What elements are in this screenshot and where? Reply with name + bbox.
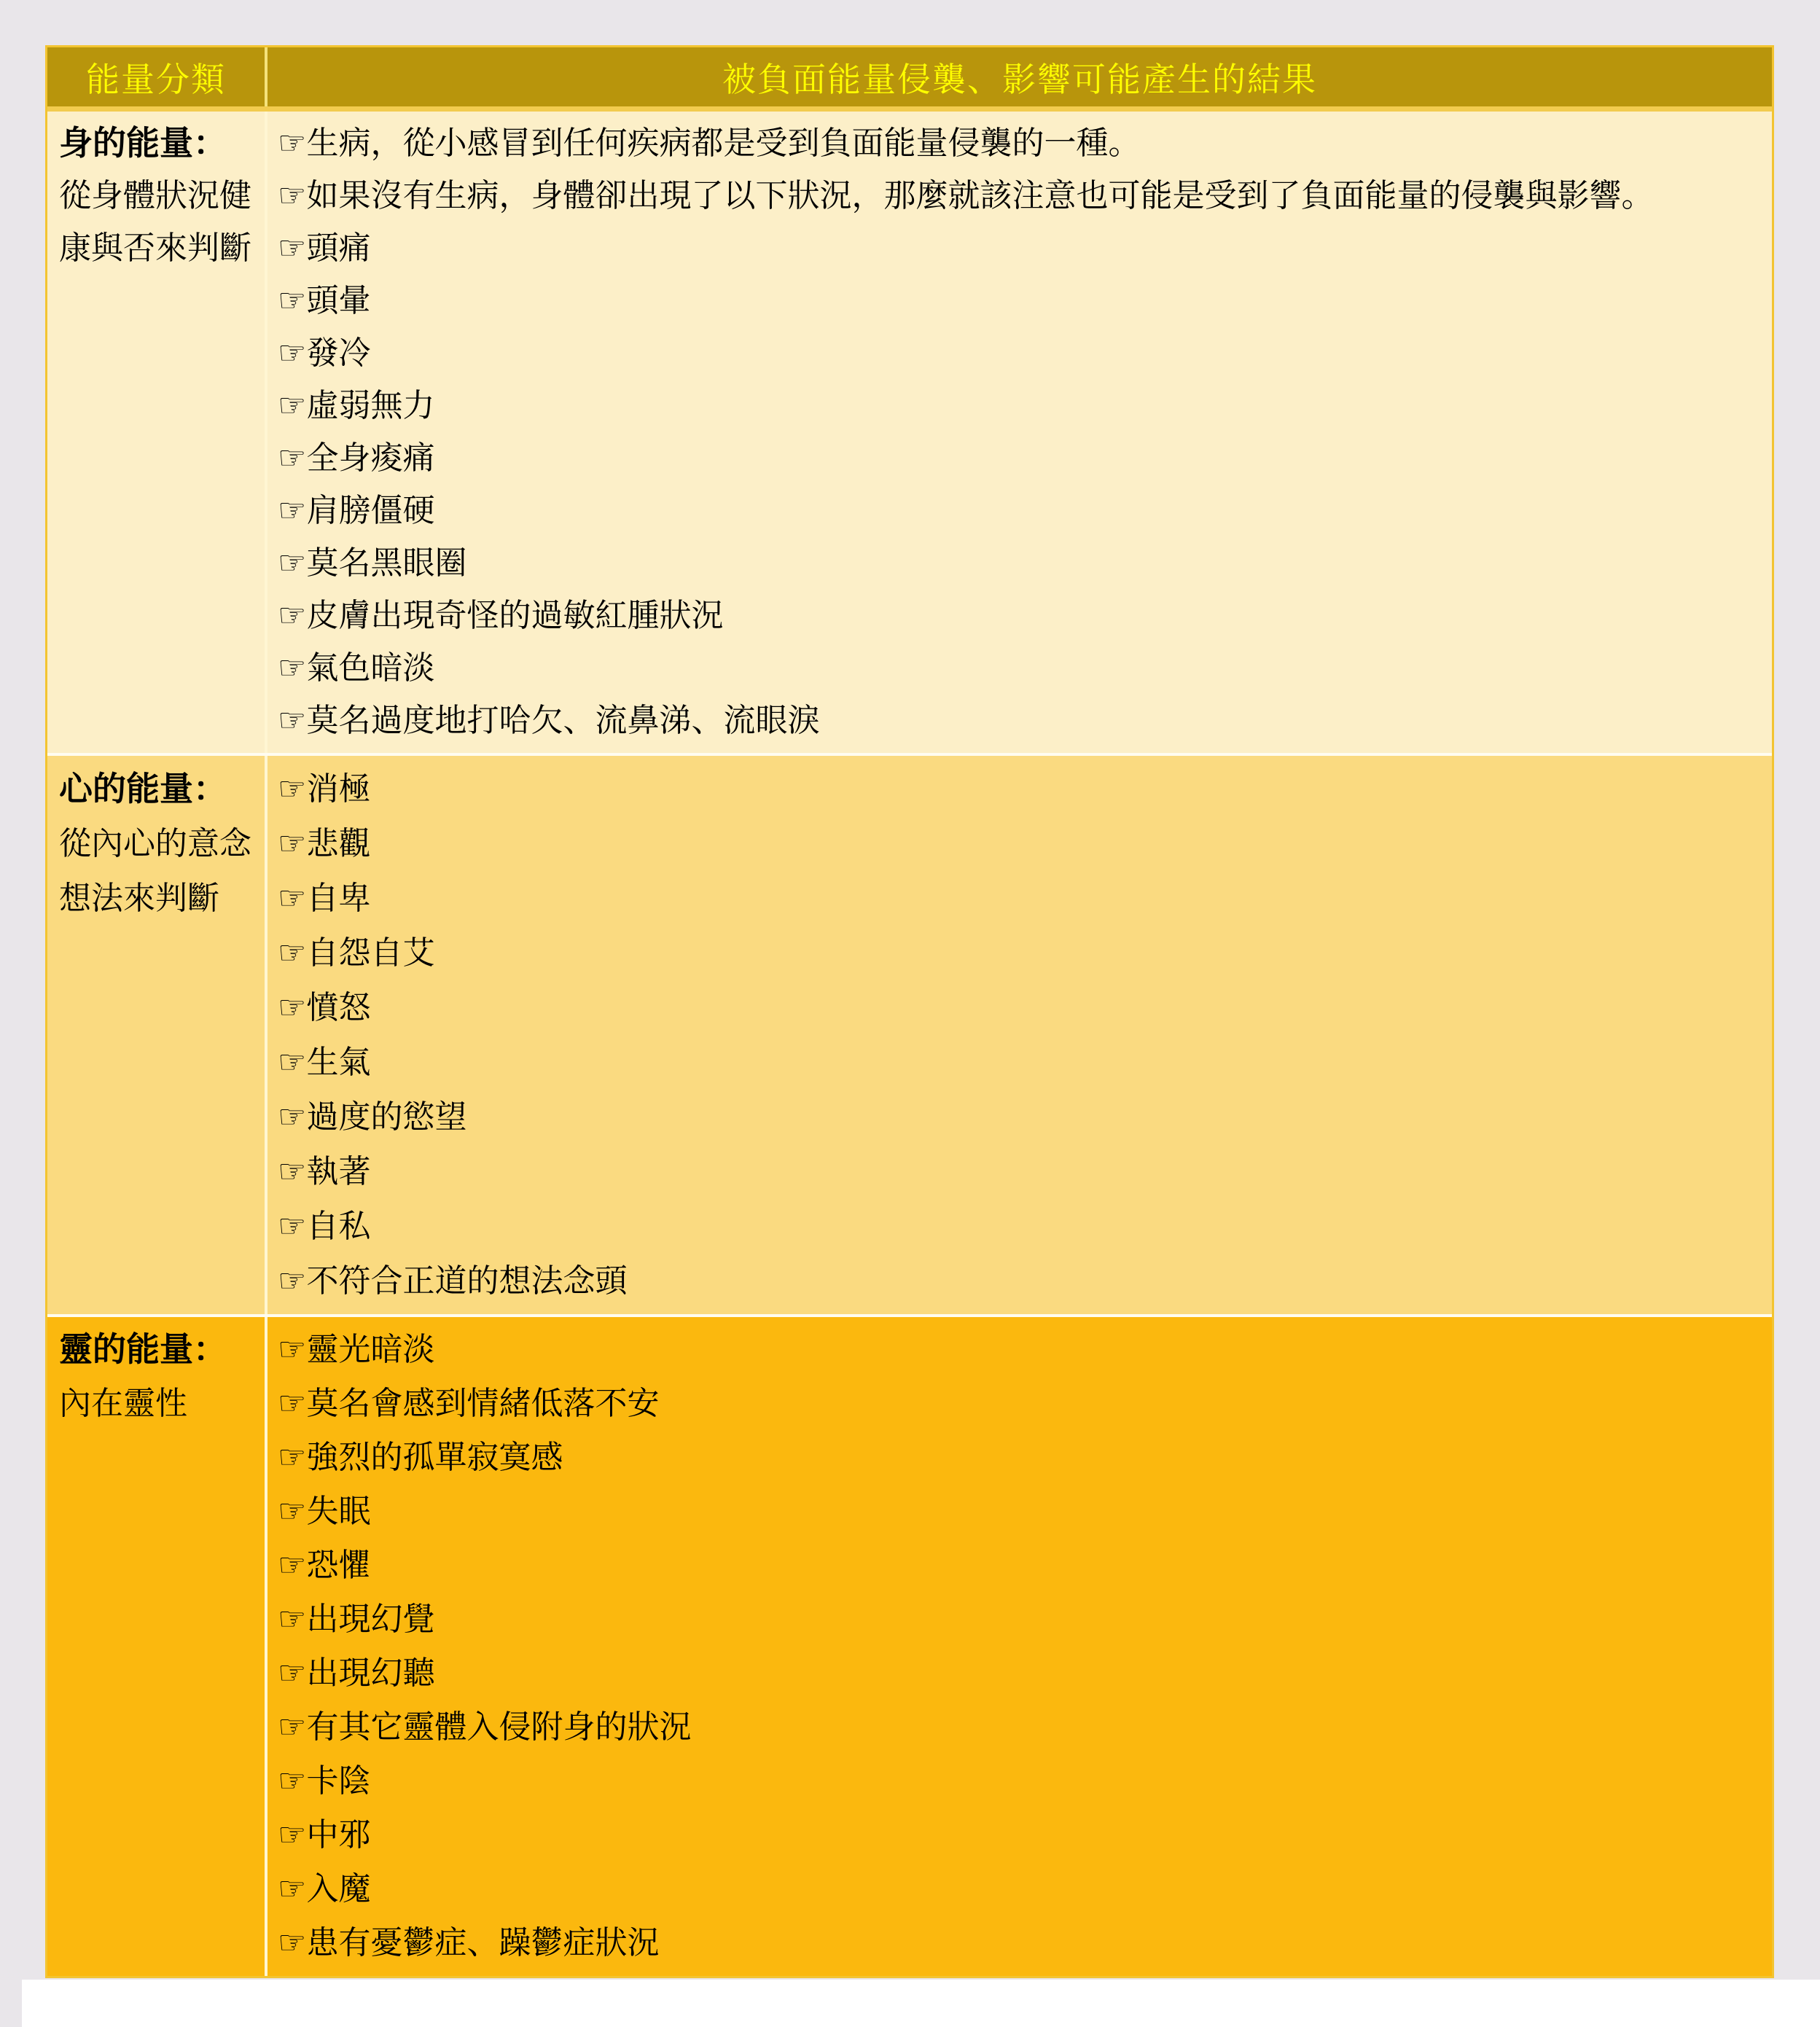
list-item-text: 莫名過度地打哈欠、流鼻涕、流眼淚 bbox=[306, 703, 819, 738]
list-item-text: 生氣 bbox=[306, 1044, 370, 1080]
pointing-finger-icon: ☞ bbox=[278, 1655, 306, 1692]
list-item: ☞生氣 bbox=[278, 1035, 1765, 1090]
category-description: 從內心的意念想法來判斷 bbox=[59, 816, 260, 926]
list-item-text: 失眠 bbox=[306, 1493, 370, 1529]
list-item: ☞執著 bbox=[278, 1144, 1765, 1199]
list-item-text: 如果沒有生病，身體卻出現了以下狀況，那麼就該注意也可能是受到了負面能量的侵襲與影… bbox=[306, 178, 1653, 214]
list-item: ☞頭暈 bbox=[278, 275, 1765, 327]
list-item: ☞莫名黑眼圈 bbox=[278, 537, 1765, 590]
list-item-text: 氣色暗淡 bbox=[306, 650, 434, 686]
pointing-finger-icon: ☞ bbox=[278, 770, 306, 808]
pointing-finger-icon: ☞ bbox=[278, 282, 306, 319]
list-item-text: 虛弱無力 bbox=[306, 388, 434, 423]
pointing-finger-icon: ☞ bbox=[278, 880, 306, 917]
list-item: ☞如果沒有生病，身體卻出現了以下狀況，那麼就該注意也可能是受到了負面能量的侵襲與… bbox=[278, 170, 1765, 222]
category-description: 從身體狀況健康與否來判斷 bbox=[59, 170, 260, 275]
list-item-text: 出現幻聽 bbox=[306, 1655, 434, 1691]
page-bottom-margin bbox=[22, 1980, 1820, 2027]
list-item-text: 不符合正道的想法念頭 bbox=[306, 1263, 627, 1299]
pointing-finger-icon: ☞ bbox=[278, 177, 306, 214]
list-item: ☞入魔 bbox=[278, 1862, 1765, 1916]
pointing-finger-icon: ☞ bbox=[278, 1262, 306, 1300]
list-item: ☞莫名過度地打哈欠、流鼻涕、流眼淚 bbox=[278, 695, 1765, 747]
list-item-text: 靈光暗淡 bbox=[306, 1332, 434, 1367]
list-item-text: 頭暈 bbox=[306, 283, 370, 319]
list-item-text: 皮膚出現奇怪的過敏紅腫狀況 bbox=[306, 598, 723, 633]
list-item: ☞自怨自艾 bbox=[278, 926, 1765, 980]
category-cell: 靈的能量： 內在靈性 bbox=[47, 1317, 265, 1976]
pointing-finger-icon: ☞ bbox=[278, 1385, 306, 1422]
list-item: ☞頭痛 bbox=[278, 222, 1765, 275]
list-item: ☞出現幻聽 bbox=[278, 1647, 1765, 1700]
list-item-text: 執著 bbox=[306, 1154, 370, 1190]
energy-table: 能量分類 被負面能量侵襲、影響可能產生的結果 身的能量： 從身體狀況健康與否來判… bbox=[45, 45, 1774, 1978]
list-item-text: 過度的慾望 bbox=[306, 1099, 466, 1135]
pointing-finger-icon: ☞ bbox=[278, 335, 306, 372]
list-item: ☞虛弱無力 bbox=[278, 380, 1765, 432]
pointing-finger-icon: ☞ bbox=[278, 1493, 306, 1530]
list-item: ☞氣色暗淡 bbox=[278, 642, 1765, 695]
pointing-finger-icon: ☞ bbox=[278, 1208, 306, 1245]
list-item-text: 生病，從小感冒到任何疾病都是受到負面能量侵襲的一種。 bbox=[306, 125, 1140, 161]
list-item: ☞自私 bbox=[278, 1199, 1765, 1254]
pointing-finger-icon: ☞ bbox=[278, 1762, 306, 1800]
list-item-text: 自怨自艾 bbox=[306, 935, 434, 971]
list-item-text: 自私 bbox=[306, 1208, 370, 1244]
list-item: ☞有其它靈體入侵附身的狀況 bbox=[278, 1700, 1765, 1754]
list-item-text: 肩膀僵硬 bbox=[306, 493, 434, 528]
header-cell-category: 能量分類 bbox=[47, 47, 265, 106]
list-item-text: 中邪 bbox=[306, 1817, 370, 1853]
list-item: ☞肩膀僵硬 bbox=[278, 485, 1765, 537]
pointing-finger-icon: ☞ bbox=[278, 440, 306, 477]
list-item: ☞發冷 bbox=[278, 327, 1765, 380]
list-item-text: 出現幻覺 bbox=[306, 1601, 434, 1637]
list-item: ☞靈光暗淡 bbox=[278, 1323, 1765, 1377]
list-item: ☞消極 bbox=[278, 762, 1765, 816]
pointing-finger-icon: ☞ bbox=[278, 1547, 306, 1584]
pointing-finger-icon: ☞ bbox=[278, 1331, 306, 1368]
category-description: 內在靈性 bbox=[59, 1377, 260, 1431]
list-item: ☞悲觀 bbox=[278, 816, 1765, 871]
results-cell: ☞靈光暗淡 ☞莫名會感到情緒低落不安 ☞強烈的孤單寂寞感 ☞失眠 ☞恐懼 ☞出現… bbox=[265, 1317, 1772, 1976]
list-item: ☞自卑 bbox=[278, 871, 1765, 926]
list-item: ☞出現幻覺 bbox=[278, 1593, 1765, 1647]
pointing-finger-icon: ☞ bbox=[278, 544, 306, 582]
pointing-finger-icon: ☞ bbox=[278, 1098, 306, 1136]
pointing-finger-icon: ☞ bbox=[278, 989, 306, 1026]
pointing-finger-icon: ☞ bbox=[278, 1816, 306, 1854]
list-item: ☞過度的慾望 bbox=[278, 1090, 1765, 1144]
pointing-finger-icon: ☞ bbox=[278, 1439, 306, 1476]
list-item-text: 發冷 bbox=[306, 335, 370, 371]
category-cell: 心的能量： 從內心的意念想法來判斷 bbox=[47, 756, 265, 1314]
list-item-text: 憤怒 bbox=[306, 990, 370, 1026]
list-item: ☞憤怒 bbox=[278, 980, 1765, 1035]
list-item-text: 恐懼 bbox=[306, 1547, 370, 1583]
list-item-text: 患有憂鬱症、躁鬱症狀況 bbox=[306, 1925, 659, 1961]
category-title: 靈的能量： bbox=[59, 1323, 260, 1377]
category-cell: 身的能量： 從身體狀況健康與否來判斷 bbox=[47, 112, 265, 753]
list-item: ☞生病，從小感冒到任何疾病都是受到負面能量侵襲的一種。 bbox=[278, 117, 1765, 170]
results-cell: ☞生病，從小感冒到任何疾病都是受到負面能量侵襲的一種。 ☞如果沒有生病，身體卻出… bbox=[265, 112, 1772, 753]
list-item-text: 入魔 bbox=[306, 1871, 370, 1907]
list-item: ☞全身痠痛 bbox=[278, 432, 1765, 485]
list-item-text: 有其它靈體入侵附身的狀況 bbox=[306, 1709, 691, 1745]
list-item: ☞失眠 bbox=[278, 1485, 1765, 1539]
pointing-finger-icon: ☞ bbox=[278, 387, 306, 424]
list-item: ☞恐懼 bbox=[278, 1539, 1765, 1593]
pointing-finger-icon: ☞ bbox=[278, 1153, 306, 1190]
pointing-finger-icon: ☞ bbox=[278, 702, 306, 739]
list-item-text: 莫名黑眼圈 bbox=[306, 545, 466, 581]
pointing-finger-icon: ☞ bbox=[278, 1601, 306, 1638]
list-item-text: 頭痛 bbox=[306, 230, 370, 266]
category-title: 身的能量： bbox=[59, 117, 260, 170]
list-item-text: 自卑 bbox=[306, 880, 370, 916]
header-cell-results: 被負面能量侵襲、影響可能產生的結果 bbox=[265, 47, 1772, 106]
table-row: 靈的能量： 內在靈性 ☞靈光暗淡 ☞莫名會感到情緒低落不安 ☞強烈的孤單寂寞感 … bbox=[47, 1314, 1772, 1976]
list-item: ☞不符合正道的想法念頭 bbox=[278, 1254, 1765, 1308]
pointing-finger-icon: ☞ bbox=[278, 1870, 306, 1907]
list-item-text: 悲觀 bbox=[306, 826, 370, 862]
pointing-finger-icon: ☞ bbox=[278, 825, 306, 862]
list-item-text: 卡陰 bbox=[306, 1763, 370, 1799]
pointing-finger-icon: ☞ bbox=[278, 492, 306, 529]
list-item-text: 莫名會感到情緒低落不安 bbox=[306, 1386, 659, 1421]
list-item: ☞強烈的孤單寂寞感 bbox=[278, 1431, 1765, 1485]
list-item: ☞患有憂鬱症、躁鬱症狀況 bbox=[278, 1916, 1765, 1970]
pointing-finger-icon: ☞ bbox=[278, 1044, 306, 1081]
list-item: ☞莫名會感到情緒低落不安 bbox=[278, 1377, 1765, 1431]
list-item: ☞中邪 bbox=[278, 1808, 1765, 1862]
list-item: ☞皮膚出現奇怪的過敏紅腫狀況 bbox=[278, 590, 1765, 642]
list-item-text: 消極 bbox=[306, 771, 370, 807]
pointing-finger-icon: ☞ bbox=[278, 1708, 306, 1746]
table-body: 身的能量： 從身體狀況健康與否來判斷 ☞生病，從小感冒到任何疾病都是受到負面能量… bbox=[47, 112, 1772, 1976]
pointing-finger-icon: ☞ bbox=[278, 597, 306, 634]
list-item-text: 強烈的孤單寂寞感 bbox=[306, 1440, 563, 1475]
pointing-finger-icon: ☞ bbox=[278, 1924, 306, 1961]
table-row: 身的能量： 從身體狀況健康與否來判斷 ☞生病，從小感冒到任何疾病都是受到負面能量… bbox=[47, 112, 1772, 753]
list-item: ☞卡陰 bbox=[278, 1754, 1765, 1808]
category-title: 心的能量： bbox=[59, 762, 260, 816]
list-item-text: 全身痠痛 bbox=[306, 440, 434, 476]
table-row: 心的能量： 從內心的意念想法來判斷 ☞消極 ☞悲觀 ☞自卑 ☞自怨自艾 ☞憤怒 … bbox=[47, 753, 1772, 1314]
pointing-finger-icon: ☞ bbox=[278, 934, 306, 972]
results-cell: ☞消極 ☞悲觀 ☞自卑 ☞自怨自艾 ☞憤怒 ☞生氣 ☞過度的慾望 ☞執著 ☞自私… bbox=[265, 756, 1772, 1314]
pointing-finger-icon: ☞ bbox=[278, 230, 306, 267]
pointing-finger-icon: ☞ bbox=[278, 125, 306, 162]
table-header-row: 能量分類 被負面能量侵襲、影響可能產生的結果 bbox=[47, 47, 1772, 112]
pointing-finger-icon: ☞ bbox=[278, 649, 306, 687]
